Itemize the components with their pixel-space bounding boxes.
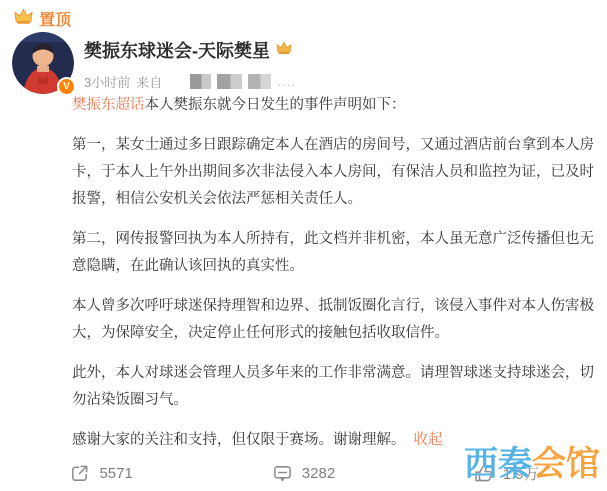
- post-header: V 樊振东球迷会-天际樊星 3小时前 来自: [12, 32, 296, 94]
- post-meta: 3小时前 来自 ....: [84, 72, 296, 91]
- redacted-source: [190, 74, 271, 89]
- redacted-block: [248, 74, 271, 89]
- avatar[interactable]: V: [12, 32, 74, 94]
- closing-line: 感谢大家的关注和支持，但仅限于赛场。谢谢理解。收起: [72, 427, 594, 454]
- weibo-post: 置顶 V 樊振东球迷会-天际樊星: [0, 0, 607, 491]
- statement-paragraph: 本人曾多次呼吁球迷保持理智和边界、抵制饭圈化言行，该侵入事件对本人伤害极 大，为…: [72, 293, 594, 347]
- closing-text: 感谢大家的关注和支持，但仅限于赛场。谢谢理解。: [72, 432, 406, 448]
- post-source-label: 来自: [136, 72, 162, 91]
- statement-intro-line: 樊振东超话本人樊振东就今日发生的事件声明如下：: [72, 92, 594, 119]
- header-info: 樊振东球迷会-天际樊星 3小时前 来自 ....: [84, 32, 296, 94]
- post-content: 樊振东超话本人樊振东就今日发生的事件声明如下： 第一，某女士通过多日跟踪确定本人…: [72, 92, 594, 467]
- comment-icon: [272, 463, 293, 484]
- pinned-label: 置顶: [39, 7, 71, 30]
- member-crown-icon: [276, 41, 292, 60]
- redacted-block: [217, 74, 242, 89]
- redacted-block: [190, 74, 211, 89]
- statement-paragraph: 第二，网传报警回执为本人所持有，此文档并非机密，本人虽无意广泛传播但也无 意隐瞒…: [72, 226, 594, 280]
- pinned-badge: 置顶: [14, 7, 71, 30]
- redacted-dots: ....: [277, 74, 295, 89]
- post-time: 3小时前: [84, 72, 130, 91]
- statement-intro: 本人樊振东就今日发生的事件声明如下：: [145, 97, 406, 113]
- topic-link[interactable]: 樊振东超话: [72, 97, 145, 113]
- comment-count: 3282: [302, 465, 335, 482]
- share-count: 5571: [99, 465, 132, 482]
- like-count: 1.9万: [503, 463, 539, 484]
- username[interactable]: 樊振东球迷会-天际樊星: [84, 37, 270, 63]
- collapse-link[interactable]: 收起: [414, 432, 443, 448]
- statement-paragraph: 第一，某女士通过多日跟踪确定本人在酒店的房间号，又通过酒店前台拿到本人房 卡，于…: [72, 132, 594, 213]
- pin-crown-icon: [14, 8, 33, 30]
- comment-button[interactable]: 3282: [202, 463, 404, 484]
- share-icon: [69, 463, 90, 484]
- share-button[interactable]: 5571: [0, 463, 202, 484]
- statement-paragraph: 此外，本人对球迷会管理人员多年来的工作非常满意。请理智球迷支持球迷会，切 勿沾染…: [72, 360, 594, 414]
- thumbs-up-icon: [473, 463, 494, 484]
- like-button[interactable]: 1.9万: [405, 463, 607, 484]
- action-bar: 5571 3282 1.9万: [0, 455, 607, 491]
